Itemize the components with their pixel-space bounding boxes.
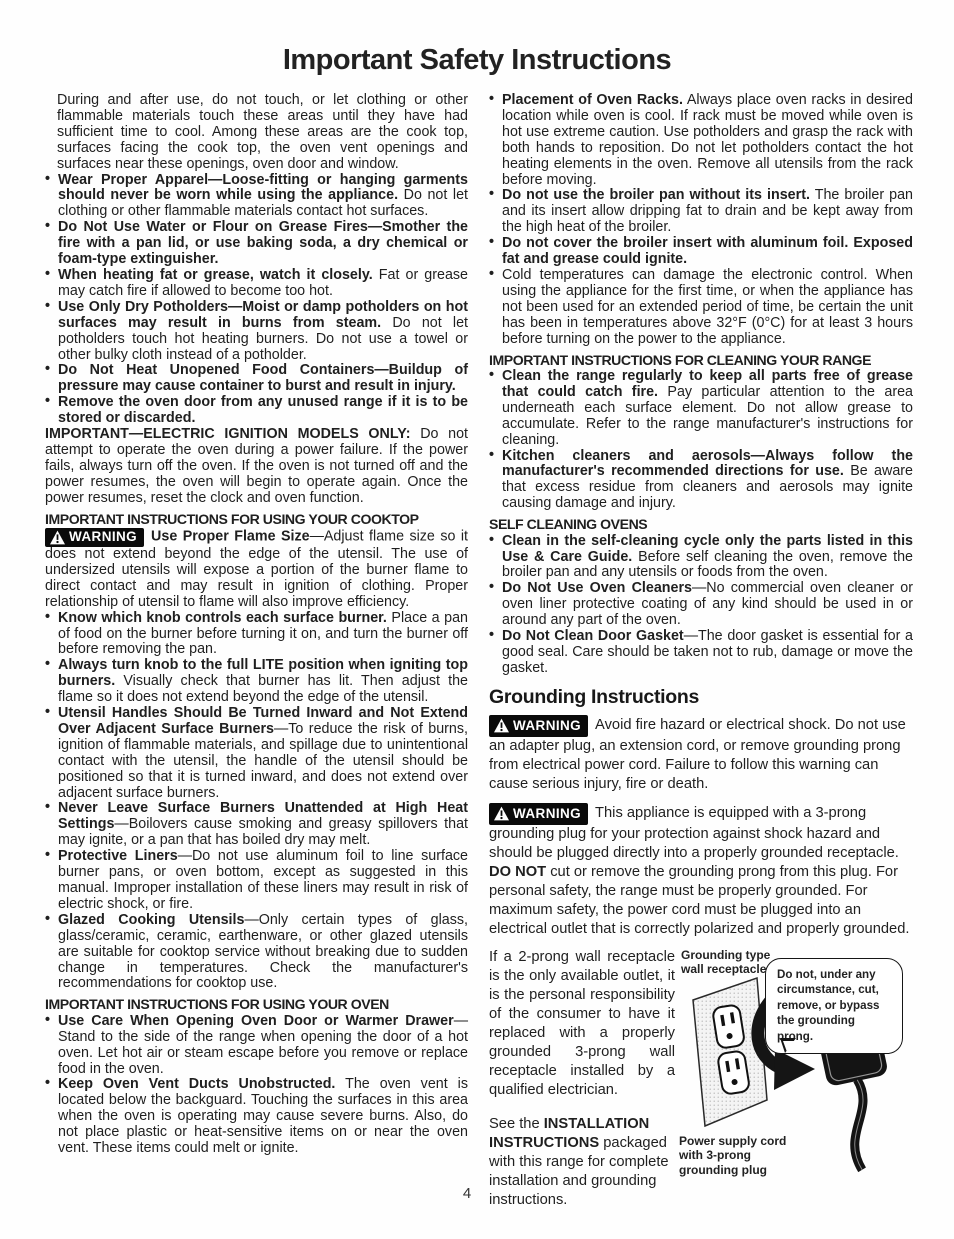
bullet-marker: • xyxy=(45,800,50,816)
warning-badge: WARNING xyxy=(489,715,588,737)
page-number: 4 xyxy=(0,1185,934,1202)
bullet-marker: • xyxy=(45,912,50,928)
warning-badge: WARNING xyxy=(45,528,144,547)
bold-text: Know which knob controls each surface bu… xyxy=(58,610,387,626)
bold-text: When heating fat or grease, watch it clo… xyxy=(58,267,373,283)
bullet-marker: • xyxy=(45,1076,50,1092)
bold-text: Do not use the broiler pan without its i… xyxy=(502,187,810,203)
bold-text: DO NOT xyxy=(489,864,546,880)
bullet-marker: • xyxy=(489,533,494,549)
bullet-item: •Clean the range regularly to keep all p… xyxy=(489,369,913,449)
bullet-marker: • xyxy=(45,394,50,410)
bold-text: Do Not Clean Door Gasket xyxy=(502,628,684,644)
bold-text: Do Not Heat Unopened Food Containers—Bui… xyxy=(58,362,468,394)
bullet-marker: • xyxy=(489,187,494,203)
warning-paragraph: WARNINGAvoid fire hazard or electrical s… xyxy=(489,715,913,794)
bullet-item: •Utensil Handles Should Be Turned Inward… xyxy=(45,706,468,801)
bold-text: Do not cover the broiler insert with alu… xyxy=(502,235,913,267)
bold-text: Do Not Use Water or Flour on Grease Fire… xyxy=(58,219,468,267)
outlet-upper xyxy=(712,1004,745,1049)
bullet-marker: • xyxy=(45,848,50,864)
bullet-item: •Do not cover the broiler insert with al… xyxy=(489,236,913,268)
warning-badge: WARNING xyxy=(489,803,588,825)
bullet-marker: • xyxy=(489,580,494,596)
warning-badge-label: WARNING xyxy=(513,804,581,823)
bullet-item: •Know which knob controls each surface b… xyxy=(45,611,468,659)
body-text: See the xyxy=(489,1116,544,1132)
bold-text: IMPORTANT INSTRUCTIONS FOR USING YOUR OV… xyxy=(45,996,389,1012)
body-text: During and after use, do not touch, or l… xyxy=(57,92,468,172)
warning-paragraph: WARNINGThis appliance is equipped with a… xyxy=(489,803,913,939)
body-text: Visually check that burner has lit. Then… xyxy=(58,673,468,705)
bullet-marker: • xyxy=(489,92,494,108)
grounding-warnings: WARNINGAvoid fire hazard or electrical s… xyxy=(489,715,913,939)
bullet-item: •Do not use the broiler pan without its … xyxy=(489,188,913,236)
bullet-item: •Glazed Cooking Utensils—Only certain ty… xyxy=(45,913,468,993)
body-text: —Boilovers cause smoking and greasy spil… xyxy=(58,816,468,848)
bold-text: SELF CLEANING OVENS xyxy=(489,516,647,532)
bullet-item: •Cold temperatures can damage the electr… xyxy=(489,268,913,348)
section-heading: SELF CLEANING OVENS xyxy=(489,516,913,533)
bold-text: Do Not Use Oven Cleaners xyxy=(502,580,692,596)
manual-page: Important Safety Instructions During and… xyxy=(0,0,954,1239)
bold-text: IMPORTANT INSTRUCTIONS FOR USING YOUR CO… xyxy=(45,511,419,527)
body-text: cut or remove the grounding prong from t… xyxy=(489,864,909,937)
bullet-item: •Do Not Use Oven Cleaners—No commercial … xyxy=(489,581,913,629)
grounding-heading: Grounding Instructions xyxy=(489,690,913,706)
bullet-marker: • xyxy=(45,705,50,721)
figure-callout-bubble: Do not, under any circumstance, cut, rem… xyxy=(765,958,903,1055)
bullet-item: •Do Not Use Water or Flour on Grease Fir… xyxy=(45,220,468,268)
paragraph: If a 2-prong wall receptacle is the only… xyxy=(489,948,675,1100)
bold-text: IMPORTANT—ELECTRIC IGNITION MODELS ONLY: xyxy=(45,426,420,442)
warning-badge-label: WARNING xyxy=(69,529,137,545)
bullet-marker: • xyxy=(489,368,494,384)
body-text: If a 2-prong wall receptacle is the only… xyxy=(489,949,675,1098)
body-text: Cold temperatures can damage the electro… xyxy=(502,267,913,347)
bullet-item: •Use Only Dry Potholders—Moist or damp p… xyxy=(45,300,468,364)
bold-text: Protective Liners xyxy=(58,848,178,864)
figure-label-cord: Power supply cord with 3-prong grounding… xyxy=(679,1134,807,1178)
section-heading: IMPORTANT INSTRUCTIONS FOR USING YOUR OV… xyxy=(45,996,468,1013)
bullet-marker: • xyxy=(489,267,494,283)
paragraph: IMPORTANT—ELECTRIC IGNITION MODELS ONLY:… xyxy=(45,427,468,507)
bullet-marker: • xyxy=(45,219,50,235)
bold-text: Placement of Oven Racks. xyxy=(502,92,683,108)
outlet-lower xyxy=(717,1050,750,1095)
bullet-item: •Never Leave Surface Burners Unattended … xyxy=(45,801,468,849)
bullet-item: •Protective Liners—Do not use aluminum f… xyxy=(45,849,468,913)
bold-text: IMPORTANT INSTRUCTIONS FOR CLEANING YOUR… xyxy=(489,352,871,368)
bold-text: Use Proper Flame Size xyxy=(151,529,310,545)
grounding-bottom-text: If a 2-prong wall receptacle is the only… xyxy=(489,948,675,1225)
paragraph: During and after use, do not touch, or l… xyxy=(45,93,468,173)
grounding-bottom-row: If a 2-prong wall receptacle is the only… xyxy=(489,948,913,1225)
bullet-marker: • xyxy=(45,299,50,315)
right-column-blocks: •Placement of Oven Racks. Always place o… xyxy=(489,93,913,677)
bullet-marker: • xyxy=(45,362,50,378)
section-heading: IMPORTANT INSTRUCTIONS FOR USING YOUR CO… xyxy=(45,511,468,528)
bullet-marker: • xyxy=(489,235,494,251)
bold-text: Glazed Cooking Utensils xyxy=(58,912,244,928)
bullet-marker: • xyxy=(45,267,50,283)
bold-text: Use Care When Opening Oven Door or Warme… xyxy=(58,1013,454,1029)
left-column: During and after use, do not touch, or l… xyxy=(45,93,468,1225)
section-heading: IMPORTANT INSTRUCTIONS FOR CLEANING YOUR… xyxy=(489,352,913,369)
bullet-item: •When heating fat or grease, watch it cl… xyxy=(45,268,468,300)
warning-triangle-icon xyxy=(49,530,66,545)
bullet-item: •Clean in the self-cleaning cycle only t… xyxy=(489,534,913,582)
bullet-item: •Do Not Clean Door Gasket—The door gaske… xyxy=(489,629,913,677)
bullet-item: •Kitchen cleaners and aerosols—Always fo… xyxy=(489,449,913,513)
bullet-item: •Wear Proper Apparel—Loose-fitting or ha… xyxy=(45,173,468,221)
bullet-item: •Always turn knob to the full LITE posit… xyxy=(45,658,468,706)
bullet-item: •Use Care When Opening Oven Door or Warm… xyxy=(45,1014,468,1078)
bullet-marker: • xyxy=(45,172,50,188)
two-column-layout: During and after use, do not touch, or l… xyxy=(45,93,913,1225)
bullet-marker: • xyxy=(489,628,494,644)
bullet-marker: • xyxy=(45,657,50,673)
bullet-item: •Placement of Oven Racks. Always place o… xyxy=(489,93,913,188)
warning-triangle-icon xyxy=(493,718,510,733)
warning-triangle-icon xyxy=(493,806,510,821)
page-title: Important Safety Instructions xyxy=(0,44,954,77)
warning-badge-label: WARNING xyxy=(513,716,581,735)
grounding-figure: Grounding type wall receptacle Do not, u… xyxy=(677,948,913,1180)
bold-text: Remove the oven door from any unused ran… xyxy=(58,394,468,426)
bullet-marker: • xyxy=(45,610,50,626)
bullet-marker: • xyxy=(45,1013,50,1029)
bold-text: Keep Oven Vent Ducts Unobstructed. xyxy=(58,1076,335,1092)
bullet-item: •Keep Oven Vent Ducts Unobstructed. The … xyxy=(45,1077,468,1157)
bullet-item: •Remove the oven door from any unused ra… xyxy=(45,395,468,427)
bullet-item: •Do Not Heat Unopened Food Containers—Bu… xyxy=(45,363,468,395)
right-column: •Placement of Oven Racks. Always place o… xyxy=(489,93,913,1225)
bullet-marker: • xyxy=(489,448,494,464)
warning-paragraph: WARNINGUse Proper Flame Size—Adjust flam… xyxy=(45,528,468,611)
